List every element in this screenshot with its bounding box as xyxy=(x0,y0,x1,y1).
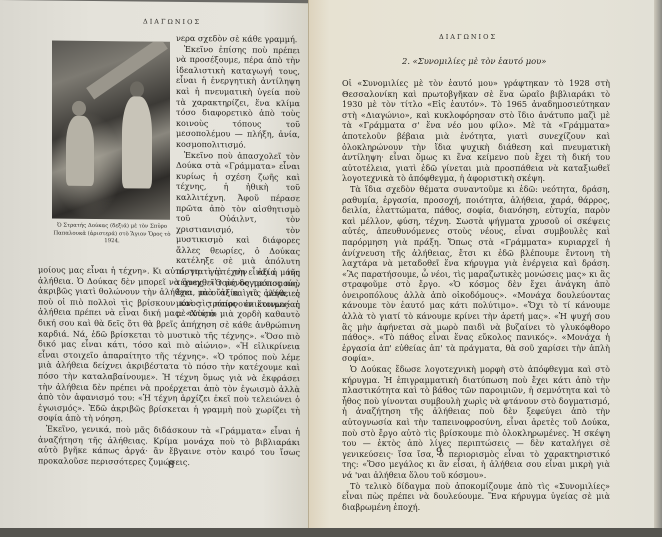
photograph xyxy=(52,41,170,220)
paragraph: Τὰ ἴδια σχεδὸν θέματα συναντοῦμε κι ἐδῶ:… xyxy=(342,184,610,364)
book-edge xyxy=(654,0,662,537)
photo-stair-beam xyxy=(86,41,168,100)
right-page: ΔΙΑΓΩΝΙΟΣ 2. «Συνομιλίες μὲ τὸν ἑαυτό μο… xyxy=(308,0,654,537)
left-page: ΔΙΑΓΩΝΙΟΣ Ὁ Στρατής Δούκας (δεξιά) μὲ τὸ… xyxy=(0,0,308,537)
paragraph: Ὁ Δούκας ἔδωσε λογοτεχνικὴ μορφὴ στὸ ἀπό… xyxy=(342,364,610,481)
paragraph: Οἱ «Συνομιλίες μὲ τὸν ἑαυτό μου» γράφτηκ… xyxy=(342,78,610,184)
photo-caption: Ὁ Στρατής Δούκας (δεξιά) μὲ τὸν Σπῦρο Πα… xyxy=(50,223,174,247)
left-full-column: μοίους μας εἶναι ἡ τέχνη». Κι αὐτό, γιατ… xyxy=(38,264,300,468)
right-column: Οἱ «Συνομιλίες μὲ τὸν ἑαυτό μου» γράφτηκ… xyxy=(342,78,610,512)
photo-person-left-head xyxy=(72,101,86,116)
photo-person-left xyxy=(66,116,94,186)
table-surface xyxy=(0,528,662,537)
running-head-left: ΔΙΑΓΩΝΙΟΣ xyxy=(143,17,201,26)
paragraph: νερα σχεδὸν σὲ κάθε γραμμή. xyxy=(176,33,300,45)
running-head-right: ΔΙΑΓΩΝΙΟΣ xyxy=(439,33,497,41)
paragraph: μοίους μας εἶναι ἡ τέχνη». Κι αὐτό, γιατ… xyxy=(38,264,300,426)
photo-person-right xyxy=(122,96,152,188)
section-title: 2. «Συνομιλίες μὲ τὸν ἑαυτό μου» xyxy=(402,56,546,66)
photo-person-right-head xyxy=(130,81,144,97)
paragraph: Τὸ τελικὸ δίδαγμα ποὺ ἀποκομίζουμε ἀπὸ τ… xyxy=(342,481,610,513)
page-number-right: 9 xyxy=(436,447,442,458)
page-number-left: 8 xyxy=(168,460,174,471)
paragraph: Ἐκεῖνο ἐπίσης ποὺ πρέπει νὰ προσέξουμε, … xyxy=(176,43,300,150)
